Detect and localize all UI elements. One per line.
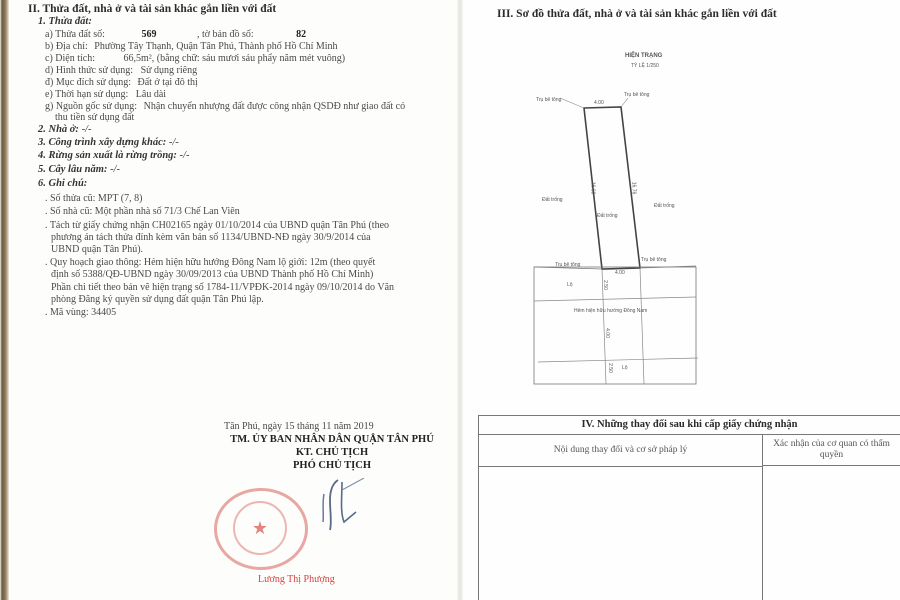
usage-term-row: e) Thời hạn sử dụng: Lâu dài	[45, 89, 166, 100]
usage-term-label: e) Thời hạn sử dụng:	[45, 89, 128, 100]
changes-table-title: IV. Những thay đổi sau khi cấp giấy chứn…	[479, 416, 900, 435]
signature-icon	[290, 478, 370, 538]
address-value: Phường Tây Thạnh, Quận Tân Phú, Thành ph…	[94, 41, 337, 52]
perennial-value: -/-	[110, 164, 120, 175]
note-line: . Mã vùng: 34405	[45, 307, 116, 318]
usage-form-row: d) Hình thức sử dụng: Sử dụng riêng	[45, 65, 197, 76]
pillar-label-bottom-left: Trụ bê tông	[555, 262, 580, 268]
diagram-scale: TỶ LỆ 1/250	[631, 63, 659, 69]
side-label-bottom: Lộ	[622, 365, 628, 371]
origin-row: g) Nguồn gốc sử dụng: Nhận chuyển nhượng…	[45, 101, 405, 112]
star-icon: ★	[233, 501, 287, 555]
dim-offset-a: 2.50	[602, 280, 608, 290]
origin-value: Nhận chuyển nhượng đất được công nhận QS…	[144, 101, 406, 112]
other-construction-item: 3. Công trình xây dựng khác: -/-	[38, 137, 179, 148]
binding-spine	[0, 0, 9, 600]
authority-confirmation-header: Xác nhận của cơ quan có thẩm quyền	[763, 435, 900, 466]
parcel-number-value: 569	[141, 29, 156, 40]
note-line: . Số nhà cũ: Một phần nhà số 71/3 Chế La…	[45, 206, 240, 217]
area-value: 66,5m², (bằng chữ: sáu mươi sáu phẩy năm…	[123, 53, 345, 64]
alley-label: Hẻm hiện hữu hướng Đông Nam	[574, 308, 647, 314]
date-line: Tân Phú, ngày 15 tháng 11 năm 2019	[224, 421, 374, 432]
signer-title: PHÓ CHỦ TỊCH	[212, 460, 452, 471]
forest-label: 4. Rừng sản xuất là rừng trồng:	[38, 150, 177, 161]
dim-top: 4.00	[594, 100, 604, 106]
diagram-title: HIỆN TRẠNG	[625, 53, 662, 59]
dim-offset-c: 2.50	[607, 363, 613, 373]
usage-purpose-row: đ) Mục đích sử dụng: Đất ở tại đô thị	[45, 77, 198, 88]
note-line: . Quy hoạch giao thông: Hẻm hiện hữu hướ…	[45, 257, 375, 268]
other-construction-value: -/-	[169, 137, 179, 148]
note-line: Phần chi tiết theo bản vẽ hiện trạng số …	[51, 282, 394, 293]
empty-land-left: Đất trống	[542, 197, 563, 203]
address-row: b) Địa chỉ: Phường Tây Thạnh, Quận Tân P…	[45, 41, 338, 52]
map-sheet-value: 82	[296, 29, 306, 40]
section-ii-title: II. Thửa đất, nhà ở và tài sản khác gắn …	[28, 3, 276, 15]
note-line: phương án tách thửa đính kèm văn bản số …	[51, 232, 371, 243]
signer-name: Lương Thị Phượng	[258, 574, 335, 585]
house-item: 2. Nhà ở: -/-	[38, 124, 91, 135]
house-label: 2. Nhà ở:	[38, 124, 79, 135]
note-line: . Tách từ giấy chứng nhận CH02165 ngày 0…	[45, 220, 389, 231]
origin-label: g) Nguồn gốc sử dụng:	[45, 101, 137, 112]
usage-form-label: d) Hình thức sử dụng:	[45, 65, 133, 76]
parcel-number-label: a) Thửa đất số:	[45, 29, 105, 40]
pillar-label-top-left: Trụ bê tông	[536, 97, 561, 103]
parcel-heading: 1. Thửa đất:	[38, 16, 92, 27]
forest-item: 4. Rừng sản xuất là rừng trồng: -/-	[38, 150, 189, 161]
side-label-top: Lộ	[567, 282, 573, 288]
origin-value-cont: thu tiền sử dụng đất	[55, 112, 134, 123]
forest-value: -/-	[180, 150, 190, 161]
dim-bottom: 4.00	[615, 270, 625, 276]
changes-content-header: Nội dung thay đổi và cơ sở pháp lý	[479, 435, 763, 467]
note-line: phòng Đăng ký quyền sử dụng đất quận Tân…	[51, 294, 264, 305]
area-row: c) Diện tích: 66,5m², (bằng chữ: sáu mươ…	[45, 53, 345, 64]
area-label: c) Diện tích:	[45, 53, 95, 64]
dim-left: 16.60	[589, 182, 595, 195]
on-behalf-title: KT. CHỦ TỊCH	[212, 447, 452, 458]
section-iii-title: III. Sơ đồ thửa đất, nhà ở và tài sản kh…	[497, 8, 777, 20]
changes-content-cell	[479, 467, 763, 600]
parcel-diagram	[520, 90, 720, 390]
note-line: UBND quận Tân Phú).	[51, 244, 143, 255]
note-line: định số 5388/QĐ-UBND ngày 30/09/2013 của…	[51, 269, 373, 280]
authority-confirmation-cell	[763, 467, 900, 600]
issuing-org: TM. ỦY BAN NHÂN DÂN QUẬN TÂN PHÚ	[212, 434, 452, 445]
pillar-label-bottom-right: Trụ bê tông	[641, 257, 666, 263]
changes-table: IV. Những thay đổi sau khi cấp giấy chứn…	[478, 415, 900, 600]
house-value: -/-	[82, 124, 92, 135]
usage-purpose-label: đ) Mục đích sử dụng:	[45, 77, 131, 88]
note-line: . Số thửa cũ: MPT (7, 8)	[45, 193, 142, 204]
other-construction-label: 3. Công trình xây dựng khác:	[38, 137, 166, 148]
dim-right: 16.76	[630, 182, 636, 195]
empty-land-right: Đất trống	[654, 203, 675, 209]
usage-form-value: Sử dụng riêng	[141, 65, 198, 76]
perennial-item: 5. Cây lâu năm: -/-	[38, 164, 120, 175]
notes-heading: 6. Ghi chú:	[38, 178, 87, 189]
usage-term-value: Lâu dài	[136, 89, 166, 100]
perennial-label: 5. Cây lâu năm:	[38, 164, 107, 175]
pillar-label-top-right: Trụ bê tông	[624, 92, 649, 98]
parcel-number-row: a) Thửa đất số: 569 , tờ bản đồ số: 82	[45, 29, 306, 40]
usage-purpose-value: Đất ở tại đô thị	[137, 77, 197, 88]
empty-land-parcel: Đất trống	[597, 213, 618, 219]
dim-offset-b: 4.00	[604, 328, 610, 338]
map-sheet-label: , tờ bản đồ số:	[197, 29, 254, 40]
address-label: b) Địa chỉ:	[45, 41, 88, 52]
